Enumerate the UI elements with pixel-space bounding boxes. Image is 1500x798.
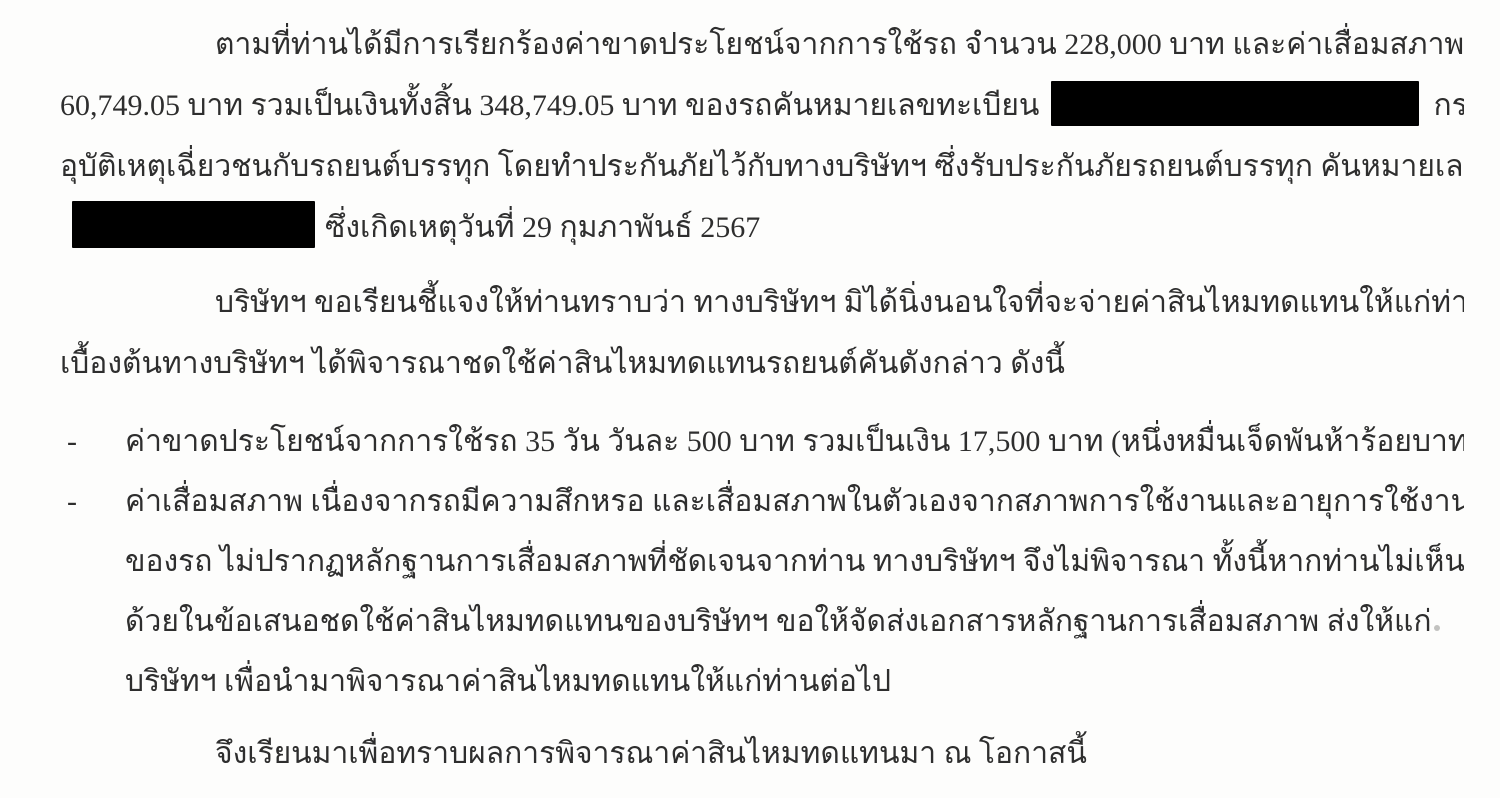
text-line: ตามที่ท่านได้มีการเรียกร้องค่าขาดประโยชน… <box>60 14 1464 75</box>
text-line: จึงเรียนมาเพื่อทราบผลการพิจารณาค่าสินไหม… <box>60 723 1464 784</box>
paragraph-claim-summary: ตามที่ท่านได้มีการเรียกร้องค่าขาดประโยชน… <box>60 14 1464 258</box>
scan-speck <box>1434 625 1440 631</box>
text-segment: 60,749.05 บาท รวมเป็นเงินทั้งสิ้น 348,74… <box>60 89 1039 122</box>
bullet-item-depreciation: - ค่าเสื่อมสภาพ เนื่องจากรถมีความสึกหรอ … <box>60 472 1464 712</box>
text-line: บริษัทฯ ขอเรียนชี้แจงให้ท่านทราบว่า ทางบ… <box>60 272 1464 333</box>
text-line: ค่าเสื่อมสภาพ เนื่องจากรถมีความสึกหรอ แล… <box>125 472 1464 532</box>
text-line: อุบัติเหตุเฉี่ยวชนกับรถยนต์บรรทุก โดยทำป… <box>60 136 1464 197</box>
document-page: ตามที่ท่านได้มีการเรียกร้องค่าขาดประโยชน… <box>0 0 1500 798</box>
paragraph-company-clarification: บริษัทฯ ขอเรียนชี้แจงให้ท่านทราบว่า ทางบ… <box>60 272 1464 394</box>
text-line: เบื้องต้นทางบริษัทฯ ได้พิจารณาชดใช้ค่าสิ… <box>60 333 1464 394</box>
text-segment: กรณีเกิด <box>1433 89 1464 122</box>
text-line: ของรถ ไม่ปรากฏหลักฐานการเสื่อมสภาพที่ชัด… <box>125 532 1464 592</box>
bullet-dash: - <box>60 472 125 532</box>
redaction-box-claimant-plate <box>1051 81 1419 126</box>
text-segment: ซึ่งเกิดเหตุวันที่ 29 กุมภาพันธ์ 2567 <box>325 211 760 244</box>
bullet-item-loss-of-use: - ค่าขาดประโยชน์จากการใช้รถ 35 วัน วันละ… <box>60 412 1464 472</box>
bullet-dash: - <box>60 412 125 472</box>
redaction-box-insured-truck-plate <box>72 201 315 248</box>
paragraph-closing: จึงเรียนมาเพื่อทราบผลการพิจารณาค่าสินไหม… <box>60 723 1464 784</box>
text-line: บริษัทฯ เพื่อนำมาพิจารณาค่าสินไหมทดแทนให… <box>125 652 1464 712</box>
text-line: ค่าขาดประโยชน์จากการใช้รถ 35 วัน วันละ 5… <box>125 412 1464 472</box>
bullet-list: - ค่าขาดประโยชน์จากการใช้รถ 35 วัน วันละ… <box>60 412 1464 712</box>
text-line: ด้วยในข้อเสนอชดใช้ค่าสินไหมทดแทนของบริษั… <box>125 592 1464 652</box>
text-line: 60,749.05 บาท รวมเป็นเงินทั้งสิ้น 348,74… <box>60 75 1464 136</box>
text-line: ซึ่งเกิดเหตุวันที่ 29 กุมภาพันธ์ 2567 <box>60 197 1464 258</box>
